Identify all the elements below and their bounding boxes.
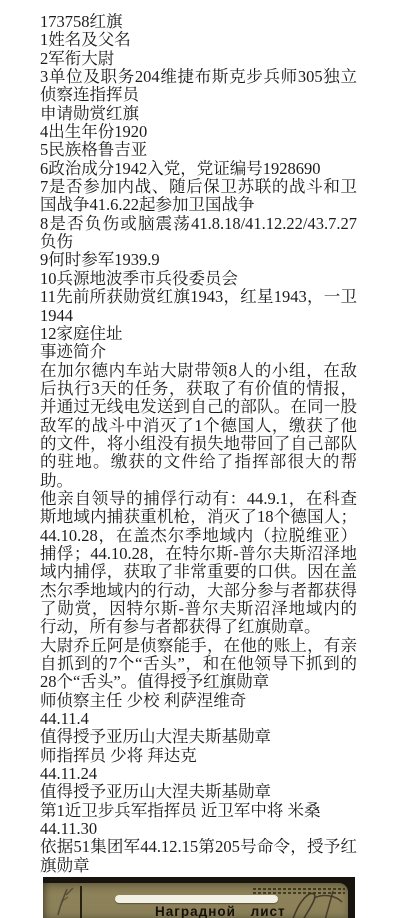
doc-line: 3单位及职务204维捷布斯克步兵师305独立侦察连指挥员 [40,68,357,105]
doc-line: 5民族格鲁吉亚 [40,141,357,159]
doc-line: 第1近卫步兵军指挥员 近卫军中将 米桑 [40,802,357,820]
redaction-bar [115,895,278,903]
doc-line: 师侦察主任 少校 利萨涅维奇 [40,692,357,710]
doc-line: 173758红旗 [40,13,357,31]
scan-paper: Наградной лист [43,883,348,918]
doc-line: 大尉乔丘阿是侦察能手，在他的账上，有亲自抓到的7个“舌头”，和在他领导下抓到的2… [40,637,357,692]
doc-line: 6政治成分1942入党，党证编号1928690 [40,160,357,178]
doc-line: 11先前所获勋赏红旗1943，红星1943，一卫1944 [40,288,357,325]
doc-line: 8是否负伤或脑震荡41.8.18/41.12.22/43.7.27负伤 [40,215,357,252]
scan-title: Наградной лист [155,904,286,918]
doc-line: 7是否参加内战、随后保卫苏联的战斗和卫国战争41.6.22起参加卫国战争 [40,178,357,215]
doc-line: 44.11.24 [40,765,357,783]
doc-line: 他亲自领导的捕俘行动有：44.9.1，在科查斯地域内捕获重机枪，消灭了18个德国… [40,490,357,637]
doc-line: 9何时参军1939.9 [40,251,357,269]
document-text: 173758红旗1姓名及父名2军衔大尉3单位及职务204维捷布斯克步兵师305独… [40,13,357,874]
doc-line: 2军衔大尉 [40,50,357,68]
doc-line: 4出生年份1920 [40,123,357,141]
doc-line: 在加尔德内车站大尉带领8人的小组，在敌后执行3天的任务，获取了有价值的情报，并通… [40,362,357,490]
doc-line: 事迹简介 [40,343,357,361]
doc-line: 44.11.4 [40,710,357,728]
doc-line: 值得授予亚历山大涅夫斯基勋章 [40,783,357,801]
pencil-mark [52,885,78,917]
handwritten-signature [281,889,347,918]
scan-image[interactable]: Наградной лист [43,877,355,918]
doc-line: 12家庭住址 [40,325,357,343]
doc-line: 依据51集团军44.12.15第205号命令，授予红旗勋章 [40,838,357,874]
doc-line: 申请勋赏红旗 [40,105,357,123]
doc-line: 10兵源地波季市兵役委员会 [40,270,357,288]
doc-line: 1姓名及父名 [40,31,357,49]
doc-line: 44.11.30 [40,820,357,838]
doc-line: 值得授予亚历山大涅夫斯基勋章 [40,728,357,746]
doc-line: 师指挥员 少将 拜达克 [40,747,357,765]
fold-line [80,886,82,918]
